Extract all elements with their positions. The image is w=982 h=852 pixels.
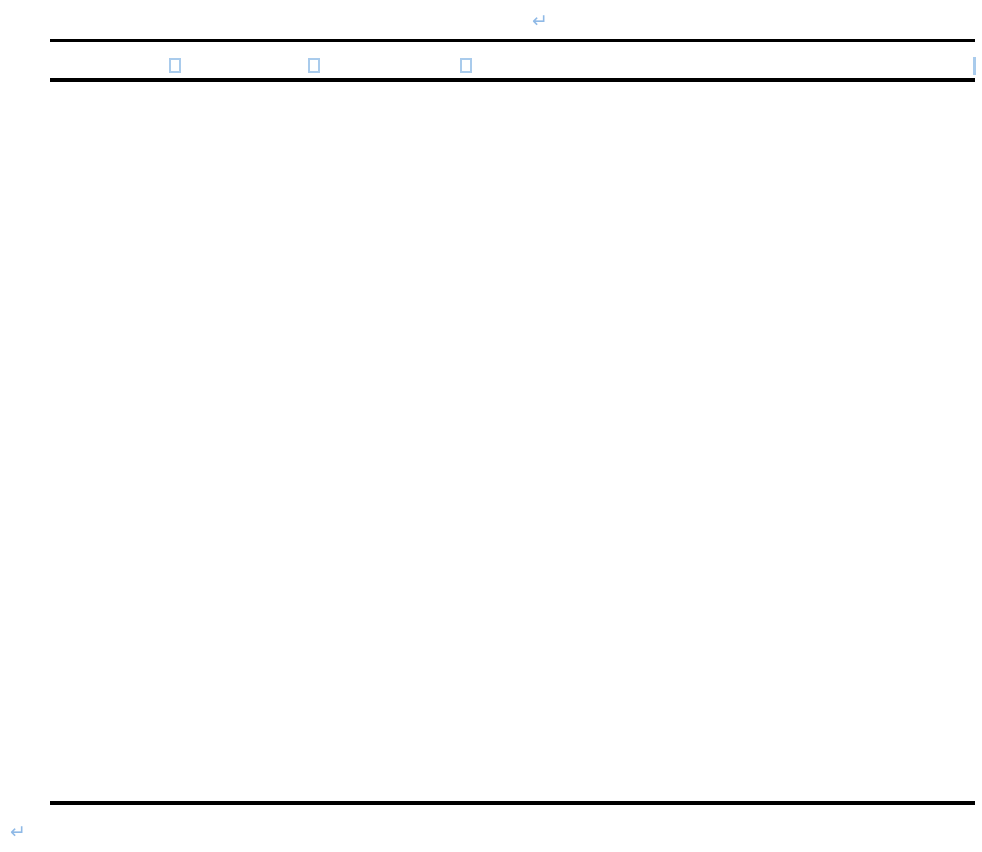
table-footer (2, 812, 26, 851)
paragraph-mark-icon (10, 821, 26, 843)
space-mark-icon (308, 58, 320, 73)
table-top-rule (50, 39, 975, 42)
space-mark-icon (460, 58, 472, 73)
table-bottom-rule (50, 801, 975, 805)
row-end-mark-icon (973, 57, 976, 75)
space-mark-icon (169, 58, 181, 73)
document-page (0, 0, 982, 852)
table-header-rule (50, 78, 975, 82)
table-title (0, 2, 982, 39)
paragraph-mark-icon (532, 10, 548, 32)
